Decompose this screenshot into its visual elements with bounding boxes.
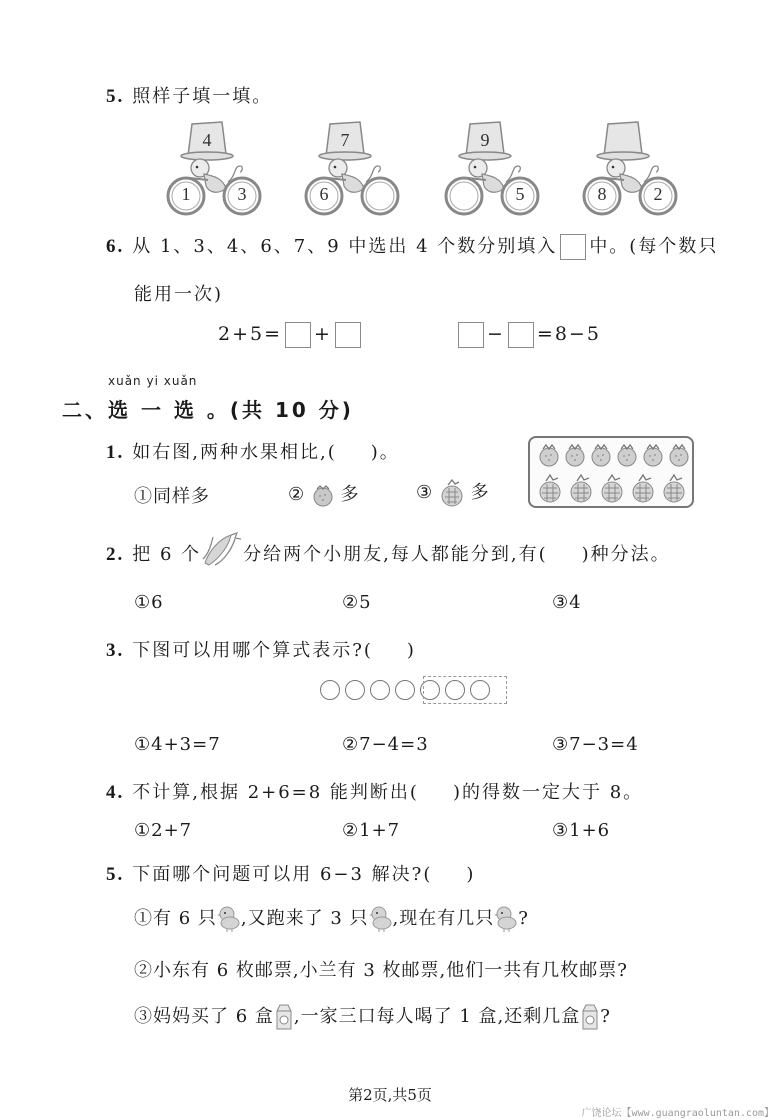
right-wheel-number: 2 [646, 184, 670, 205]
equation-text: =8−5 [537, 323, 601, 345]
s2-q3-option-1[interactable]: ①4+3=7 [134, 734, 221, 755]
question-text: 照样子填一填。 [132, 86, 272, 107]
strawberry-icon [668, 442, 690, 468]
circle-shape [320, 680, 340, 700]
milk-carton-icon [274, 1003, 294, 1031]
s2-question-1-prompt: 1.如右图,两种水果相比,()。 [106, 438, 400, 464]
s2-q3-option-3[interactable]: ③7−3=4 [552, 734, 639, 755]
equation-2: −=8−5 [455, 322, 601, 348]
s2-q1-option-1[interactable]: ①同样多 [134, 482, 210, 508]
pineapple-row [538, 474, 686, 504]
s2-q2-option-3[interactable]: ③4 [552, 592, 582, 613]
answer-box[interactable] [458, 322, 484, 348]
strawberry-icon [564, 442, 586, 468]
option-marker: ② [288, 484, 305, 505]
question-number: 3. [106, 640, 124, 661]
question-number: 6. [106, 236, 124, 257]
question-number: 5. [106, 864, 124, 885]
answer-box[interactable] [285, 322, 311, 348]
circle-shape [345, 680, 365, 700]
chick-icon [217, 905, 241, 933]
s2-question-5-prompt: 5.下面哪个问题可以用 6−3 解决?() [106, 860, 475, 886]
s2-question-3-prompt: 3.下图可以用哪个算式表示?() [106, 636, 416, 662]
question-text: )种分法。 [582, 544, 671, 565]
s2-q1-option-2[interactable]: ② 多 [288, 480, 360, 507]
s2-q5-option-1[interactable]: ①有 6 只,又跑来了 3 只,现在有几只? [134, 904, 529, 933]
strawberry-icon [538, 442, 560, 468]
s2-q1-option-3[interactable]: ③ 多 [416, 478, 490, 507]
strawberry-icon [590, 442, 612, 468]
question-text: 下面哪个问题可以用 6−3 解决?( [132, 864, 432, 885]
question-text: 不计算,根据 2+6=8 能判断出( [132, 782, 419, 803]
fruit-comparison-figure [528, 436, 694, 508]
option-text: ? [600, 1006, 611, 1027]
option-text: ,又跑来了 3 只 [241, 908, 369, 929]
option-marker: ③ [416, 482, 433, 503]
equation-1: 2+5=+ [218, 322, 364, 348]
question-text: )。 [371, 442, 400, 463]
left-wheel-number: 8 [590, 184, 614, 205]
question-text: 把 6 个 [132, 544, 201, 565]
s2-question-2-prompt: 2.把 6 个分给两个小朋友,每人都能分到,有()种分法。 [106, 540, 671, 567]
right-wheel-number: 3 [230, 184, 254, 205]
operator: − [487, 323, 505, 345]
milk-carton-icon [580, 1003, 600, 1031]
s2-q3-option-2[interactable]: ②7−4=3 [342, 734, 429, 755]
monkey-bike-figure: 95 [438, 116, 568, 216]
strawberry-icon [312, 483, 334, 507]
circle-shape [370, 680, 390, 700]
option-text: ? [518, 908, 529, 929]
s2-question-4-prompt: 4.不计算,根据 2+6=8 能判断出()的得数一定大于 8。 [106, 778, 643, 804]
s2-q2-option-1[interactable]: ①6 [134, 592, 164, 613]
strawberry-icon [616, 442, 638, 468]
s2-q5-option-2[interactable]: ②小东有 6 枚邮票,小兰有 3 枚邮票,他们一共有几枚邮票? [134, 956, 628, 982]
equation-text: 2+5= [218, 323, 282, 345]
question-number: 5. [106, 86, 124, 107]
s2-q4-option-2[interactable]: ②1+7 [342, 820, 400, 841]
monkey-bike-figure: 413 [160, 116, 290, 216]
answer-box[interactable] [508, 322, 534, 348]
right-wheel-number: 5 [508, 184, 532, 205]
hat-number: 4 [195, 130, 219, 151]
option-text: 多 [471, 482, 490, 503]
question-text: ) [466, 864, 475, 885]
strawberry-icon [642, 442, 664, 468]
pineapple-icon [631, 474, 655, 504]
question-text: ) [407, 640, 416, 661]
pineapple-icon [569, 474, 593, 504]
hat-number: 7 [333, 130, 357, 151]
option-text: ①有 6 只 [134, 908, 217, 929]
question-5-prompt: 5.照样子填一填。 [106, 82, 272, 108]
question-text: )的得数一定大于 8。 [453, 782, 643, 803]
watermark: 广饶论坛【www.guangraoluntan.com】 [582, 1104, 774, 1119]
question-text: 从 1、3、4、6、7、9 中选出 4 个数分别填入 [132, 236, 557, 257]
circle-shape [395, 680, 415, 700]
question-number: 4. [106, 782, 124, 803]
option-text: ,一家三口每人喝了 1 盒,还剩几盒 [294, 1006, 580, 1027]
question-number: 1. [106, 442, 124, 463]
left-wheel-number: 6 [312, 184, 336, 205]
option-text: ,现在有几只 [393, 908, 495, 929]
question-text: 如右图,两种水果相比,( [132, 442, 336, 463]
chick-icon [369, 905, 393, 933]
option-text: 多 [341, 484, 360, 505]
s2-q4-option-1[interactable]: ①2+7 [134, 820, 192, 841]
answer-box-sample [560, 234, 586, 260]
page-number: 第2页,共5页 [0, 1084, 780, 1105]
pineapple-icon [538, 474, 562, 504]
pineapple-icon [600, 474, 624, 504]
question-text: 中。(每个数只 [589, 236, 718, 257]
monkey-bike-figure: 82 [576, 116, 706, 216]
monkey-bike-figure: 76 [298, 116, 428, 216]
pineapple-icon [440, 479, 464, 507]
monkey-bike-icon [438, 116, 568, 216]
question-number: 2. [106, 544, 124, 565]
left-wheel-number: 1 [174, 184, 198, 205]
question-6-prompt-line2: 能用一次) [134, 280, 223, 306]
question-text: 下图可以用哪个算式表示?( [132, 640, 373, 661]
s2-q5-option-3[interactable]: ③妈妈买了 6 盒,一家三口每人喝了 1 盒,还剩几盒? [134, 1002, 611, 1031]
dashed-group-box [423, 676, 507, 704]
question-text: 分给两个小朋友,每人都能分到,有( [243, 544, 547, 565]
pineapple-icon [662, 474, 686, 504]
option-text: ③妈妈买了 6 盒 [134, 1006, 274, 1027]
section-title: 二、选 一 选 。(共 10 分) [62, 394, 354, 423]
chick-icon [494, 905, 518, 933]
hat-number: 9 [473, 130, 497, 151]
operator: + [314, 323, 332, 345]
answer-box[interactable] [335, 322, 361, 348]
corn-icon [201, 531, 243, 567]
strawberry-row [538, 442, 690, 468]
s2-q4-option-3[interactable]: ③1+6 [552, 820, 610, 841]
section-pinyin: xuǎn yi xuǎn [108, 374, 197, 388]
question-6-prompt: 6.从 1、3、4、6、7、9 中选出 4 个数分别填入中。(每个数只 [106, 232, 718, 260]
s2-q2-option-2[interactable]: ②5 [342, 592, 372, 613]
